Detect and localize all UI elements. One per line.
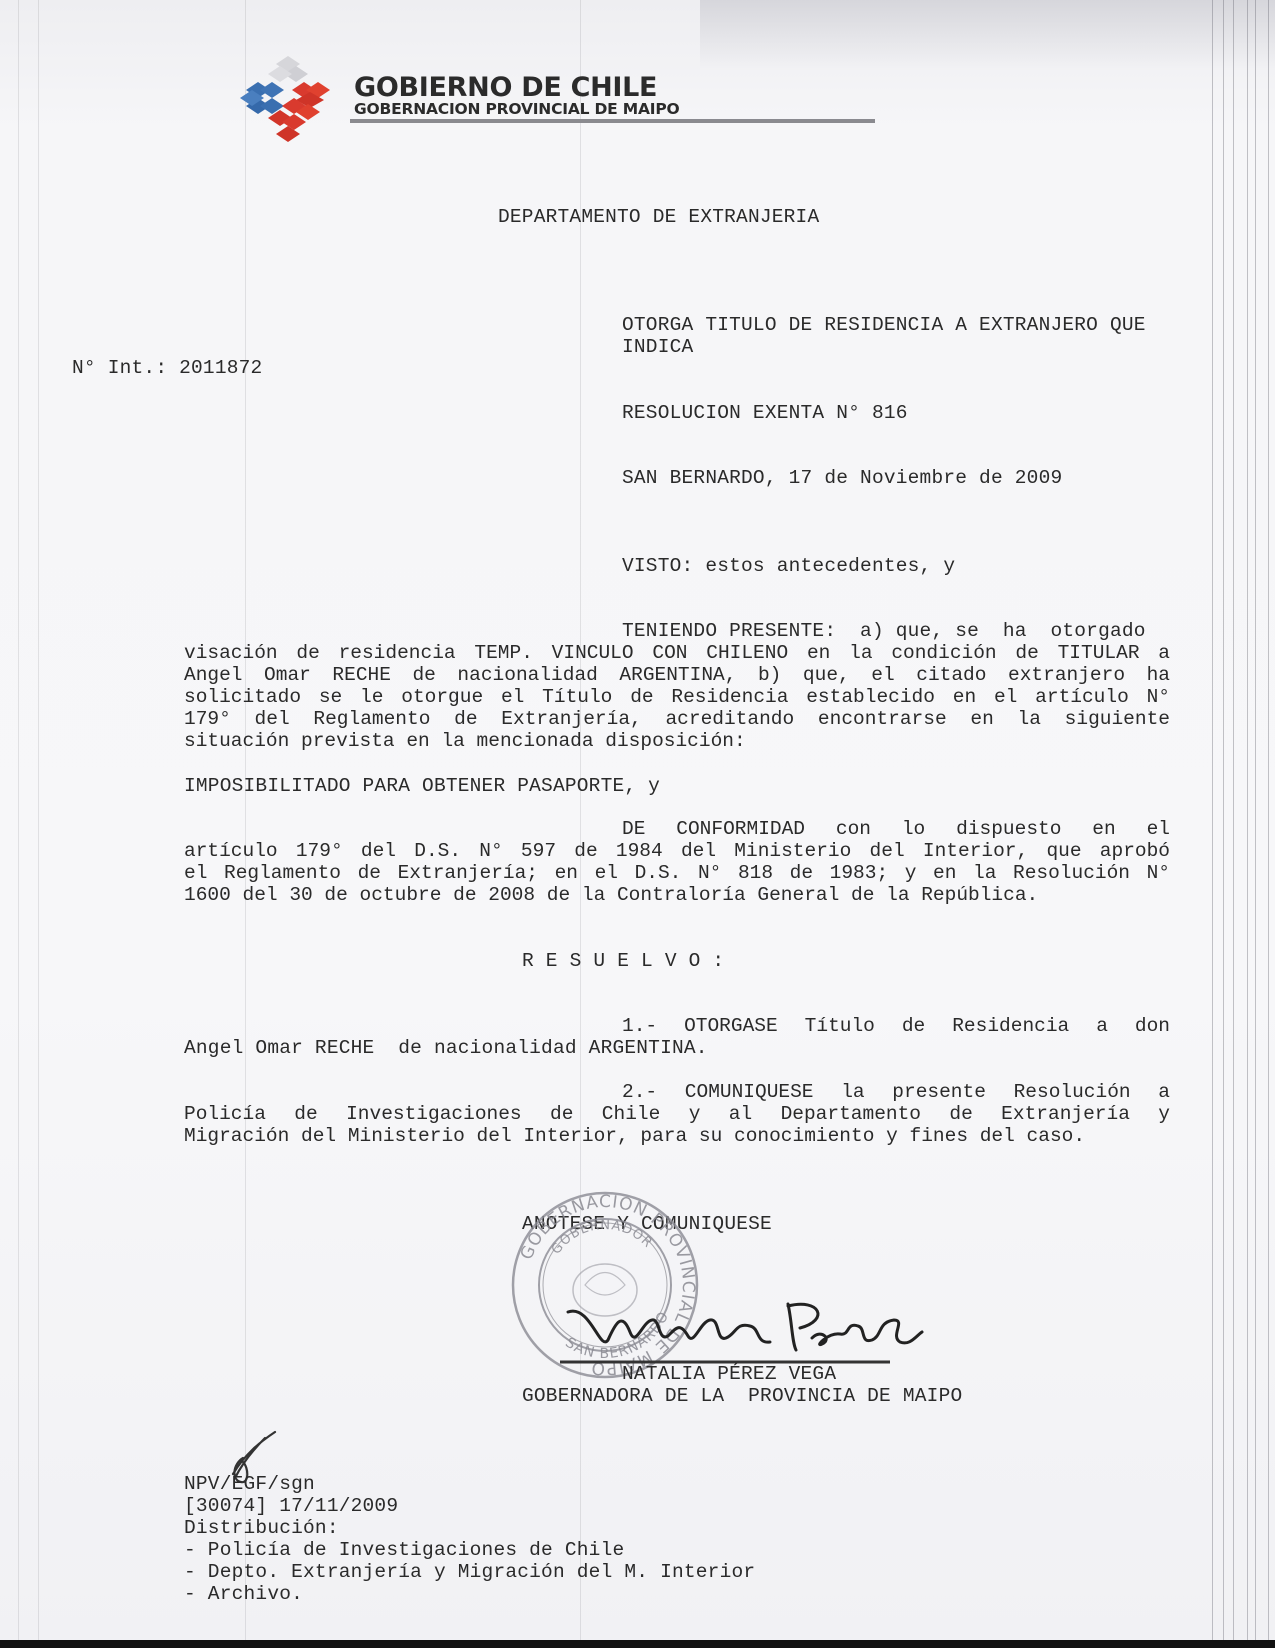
brand-underline	[350, 119, 875, 123]
scan-shadow	[700, 0, 1275, 70]
signatory-title: GOBERNADORA DE LA PROVINCIA DE MAIPO	[522, 1385, 962, 1407]
scan-border	[0, 1640, 1275, 1648]
item-1-second-line: Angel Omar RECHE de nacionalidad ARGENTI…	[184, 1037, 708, 1059]
scan-line	[1223, 0, 1224, 1648]
scan-line	[245, 0, 246, 1648]
signatory-name: NATALIA PÉREZ VEGA	[622, 1363, 836, 1385]
paragraph-line: artículo 179° del D.S. N° 597 de 1984 de…	[184, 840, 1170, 862]
resolution-number: RESOLUCION EXENTA N° 816	[622, 402, 908, 424]
scan-line	[1268, 0, 1269, 1648]
scan-line	[1212, 0, 1213, 1648]
conformidad-paragraph: artículo 179° del D.S. N° 597 de 1984 de…	[184, 840, 1170, 906]
subject-line-1: OTORGA TITULO DE RESIDENCIA A EXTRANJERO…	[622, 314, 1146, 336]
scan-line	[38, 0, 39, 1648]
chile-government-logo-icon	[238, 52, 338, 144]
svg-text:GOBERNADOR: GOBERNADOR	[549, 1218, 656, 1257]
scan-line	[1233, 0, 1234, 1648]
scan-line	[1255, 0, 1256, 1648]
brand-subtitle: GOBERNACION PROVINCIAL DE MAIPO	[354, 100, 679, 118]
internal-number: N° Int.: 2011872	[72, 357, 262, 379]
brand-title: GOBIERNO DE CHILE	[354, 72, 657, 103]
resuelvo-heading: R E S U E L V O :	[522, 950, 724, 972]
situation-clause: IMPOSIBILITADO PARA OBTENER PASAPORTE, y	[184, 775, 660, 797]
handwritten-signature	[560, 1292, 940, 1372]
paragraph-line: Migración del Ministerio del Interior, p…	[184, 1125, 1170, 1147]
scanned-document-page: GOBIERNO DE CHILE GOBERNACION PROVINCIAL…	[0, 0, 1275, 1648]
scan-line	[1247, 0, 1248, 1648]
paragraph-line: 179° del Reglamento de Extranjería, acre…	[184, 708, 1170, 730]
paragraph-line: 1600 del 30 de octubre de 2008 de la Con…	[184, 884, 1170, 906]
paragraph-line: Angel Omar RECHE de nacionalidad ARGENTI…	[184, 664, 1170, 686]
distribution-label: Distribución:	[184, 1517, 339, 1539]
reference-initials: NPV/EGF/sgn	[184, 1473, 315, 1495]
item-2-first-line: 2.- COMUNIQUESE la presente Resolución a	[622, 1081, 1170, 1103]
distribution-item: - Archivo.	[184, 1583, 303, 1605]
item-2-paragraph: Policía de Investigaciones de Chile y al…	[184, 1103, 1170, 1147]
distribution-item: - Depto. Extranjería y Migración del M. …	[184, 1561, 755, 1583]
reference-number-date: [30074] 17/11/2009	[184, 1495, 398, 1517]
visto-clause: VISTO: estos antecedentes, y	[622, 555, 955, 577]
conformidad-first-line: DE CONFORMIDAD con lo dispuesto en el	[622, 818, 1170, 840]
item-1-first-line: 1.- OTORGASE Título de Residencia a don	[622, 1015, 1170, 1037]
distribution-item: - Policía de Investigaciones de Chile	[184, 1539, 624, 1561]
paragraph-line: Policía de Investigaciones de Chile y al…	[184, 1103, 1170, 1125]
scan-line	[18, 0, 19, 1648]
department-heading: DEPARTAMENTO DE EXTRANJERIA	[498, 206, 819, 228]
teniendo-presente-paragraph: visación de residencia TEMP. VINCULO CON…	[184, 642, 1170, 752]
place-date: SAN BERNARDO, 17 de Noviembre de 2009	[622, 467, 1062, 489]
paragraph-line: situación prevista en la mencionada disp…	[184, 730, 1170, 752]
teniendo-presente-line: TENIENDO PRESENTE: a) que, se ha otorgad…	[622, 620, 1146, 642]
paragraph-line: visación de residencia TEMP. VINCULO CON…	[184, 642, 1170, 664]
paragraph-line: el Reglamento de Extranjería; en el D.S.…	[184, 862, 1170, 884]
paragraph-line: solicitado se le otorgue el Título de Re…	[184, 686, 1170, 708]
subject-line-2: INDICA	[622, 336, 693, 358]
